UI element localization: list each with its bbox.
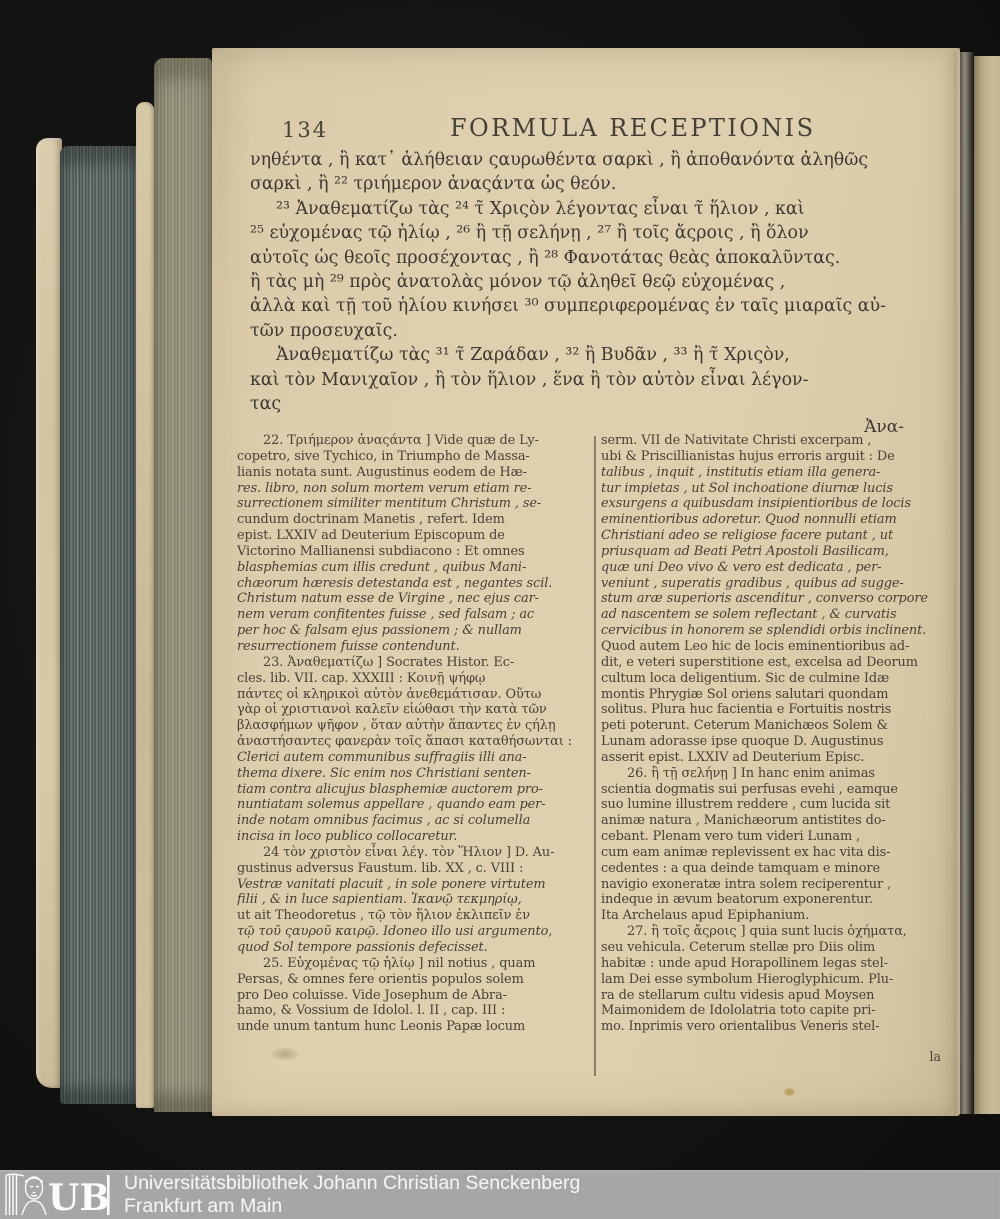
book-fore-edge-pages-dark: [60, 146, 136, 1104]
footnote-line: Vestræ vanitati placuit , in sole ponere…: [237, 877, 592, 893]
footnote-line: eminentioribus adoretur. Quod nonnulli e…: [601, 512, 954, 528]
page-gutter-highlight: [954, 52, 974, 1114]
book-fore-edge-pages-olive: [154, 58, 212, 1112]
footnote-line: filii , & in luce sapientiam. Ἱκανῷ τεκμ…: [237, 892, 592, 908]
book-fore-edge-separator: [136, 102, 154, 1108]
footnote-line: γὰρ οἱ χριστιανοὶ καλεῖν εἰώθασι τὴν κατ…: [237, 702, 592, 718]
library-name: Universitätsbibliothek Johann Christian …: [124, 1172, 580, 1217]
footnote-line: cultum loca deligentium. Sic de culmine …: [601, 671, 954, 687]
footnote-line: Christum natum esse de Virgine , nec eju…: [237, 591, 592, 607]
footnotes-section: 22. Τριήμερον ἀναςάντα ] Vide quæ de Ly-…: [212, 433, 960, 1093]
footnote-line: lam Dei esse symbolum Hieroglyphicum. Pl…: [601, 972, 954, 988]
footnote-line: tur impietas , ut Sol inchoatione diurnæ…: [601, 481, 954, 497]
footnote-line: inde notam omnibus facimus , ac si colum…: [237, 813, 592, 829]
footnote-line: 24 τὸν χριστὸν εἶναι λέγ. τὸν Ἥλιον ] D.…: [237, 845, 592, 861]
footnote-line: peti poterunt. Ceterum Manichæos Solem &: [601, 718, 954, 734]
footnote-line: incisa in loco publico collocaretur.: [237, 829, 592, 845]
footnote-line: cedentes : a qua deinde tamquam e minore: [601, 861, 954, 877]
library-logo-icon: UB: [4, 1172, 116, 1217]
footnote-line: mo. Inprimis vero orientalibus Veneris s…: [601, 1019, 954, 1035]
facing-page-sliver: [974, 56, 1000, 1114]
greek-text-line: Ἀναθεματίζω τὰς ³¹ τ̃ Ζαράδαν , ³² ἢ Βυδ…: [250, 343, 922, 367]
footnote-line: solitus. Plura huc facientia e Fortuitis…: [601, 702, 954, 718]
footnote-line: chæorum hæresis detestanda est , negante…: [237, 576, 592, 592]
footnote-line: priusquam ad Beati Petri Apostoli Basili…: [601, 544, 954, 560]
footnote-line: montis Phrygiæ Sol oriens salutari quond…: [601, 687, 954, 703]
greek-text-line: σαρκὶ , ἢ ²² τριήμερον ἀναςάντα ὡς θεόν.: [250, 172, 922, 196]
footnote-line: nuntiatam solemus appellare , quando eam…: [237, 797, 592, 813]
footnote-line: 26. ἢ τῇ σελήνῃ ] In hanc enim animas: [601, 766, 954, 782]
footnote-line: veniunt , superatis gradibus , quibus ad…: [601, 576, 954, 592]
footnote-line: dit, e veteri superstitione est, excelsa…: [601, 655, 954, 671]
footnote-line: animæ natura , Manichæorum antistites do…: [601, 813, 954, 829]
footnote-line: pro Deo coluisse. Vide Josephum de Abra-: [237, 988, 592, 1004]
footnote-line: hamo, & Vossium de Idolol. l. II , cap. …: [237, 1003, 592, 1019]
footnote-line: seu vehicula. Ceterum stellæ pro Diis ol…: [601, 940, 954, 956]
footnotes-left-column: 22. Τριήμερον ἀναςάντα ] Vide quæ de Ly-…: [237, 433, 592, 1035]
scanned-book-page: 134 FORMULA RECEPTIONIS νηθέντα , ἢ κατ᾽…: [212, 48, 960, 1116]
greek-text-block: νηθέντα , ἢ κατ᾽ ἀλήθειαν ςαυρωθέντα σαρ…: [250, 148, 922, 416]
greek-text-line: τας: [250, 392, 922, 416]
footnote-line: navigio exoneratæ intra solem reciperent…: [601, 877, 954, 893]
footnote-line: βλασφήμων ψῆφον , ὅταν αὐτὴν ἅπαντες ἐν …: [237, 718, 592, 734]
footnote-line: ἀναστήσαντες φανερὰν τοῖς ἅπασι καταθήσω…: [237, 734, 592, 750]
footnote-line: cles. lib. VII. cap. XXXIII : Κοινῇ ψήφῳ: [237, 671, 592, 687]
footnote-line: 22. Τριήμερον ἀναςάντα ] Vide quæ de Ly-: [237, 433, 592, 449]
greek-text-line: τῶν προσευχαῖς.: [250, 319, 922, 343]
footnote-line: ra de stellarum cultu videsis apud Moyse…: [601, 988, 954, 1004]
footnote-line: 27. ἢ τοῖς ἄςροις ] quia sunt lucis ὀχήμ…: [601, 924, 954, 940]
logo-abbr-text: UB: [48, 1177, 110, 1217]
footnote-line: quod Sol tempore passionis defecisset.: [237, 940, 592, 956]
footnote-line: cebant. Plenam vero tum videri Lunam ,: [601, 829, 954, 845]
footnote-line: cum eam animæ replevissent ex hac vita d…: [601, 845, 954, 861]
greek-text-line: ²⁵ εὐχομένας τῷ ἡλίῳ , ²⁶ ἢ τῇ σελήνῃ , …: [250, 221, 922, 245]
footnote-line: stum aræ superioris ascenditur , convers…: [601, 591, 954, 607]
footnote-line: πάντες οἱ κληρικοὶ αὐτὸν ἀνεθεμάτισαν. Ο…: [237, 687, 592, 703]
library-banner: UB Universitätsbibliothek Johann Christi…: [0, 1170, 1000, 1219]
column-divider-rule: [594, 436, 596, 1076]
footnote-line: Clerici autem communibus suffragiis illi…: [237, 750, 592, 766]
footnote-line: cundum doctrinam Manetis , refert. Idem: [237, 512, 592, 528]
footnote-line: τῷ τοῦ ςαυροῦ καιρῷ. Idoneo illo usi arg…: [237, 924, 592, 940]
footnote-line: Lunam adorasse ipse quoque D. Augustinus: [601, 734, 954, 750]
library-name-line2: Frankfurt am Main: [124, 1195, 580, 1218]
greek-text-line: ἀλλὰ καὶ τῇ τοῦ ἡλίου κινήσει ³⁰ συμπερι…: [250, 294, 922, 318]
footnote-line: Christiani adeo se religiose facere puta…: [601, 528, 954, 544]
footnote-line: ut ait Theodoretus , τῷ τὸν ἥλιον ἐκλιπε…: [237, 908, 592, 924]
footnote-line: cervicibus in honorem se splendidi orbis…: [601, 623, 954, 639]
footnote-line: tiam contra alicujus blasphemiæ auctorem…: [237, 782, 592, 798]
book-cover-edge: [36, 138, 62, 1088]
footnote-line: exsurgens a quibusdam insipientioribus d…: [601, 496, 954, 512]
footnote-line: scientia dogmatis sui perfusas evehi , e…: [601, 782, 954, 798]
footnote-line: Ita Archelaus apud Epiphanium.: [601, 908, 954, 924]
footnote-line: lianis notata sunt. Augustinus eodem de …: [237, 465, 592, 481]
greek-text-line: νηθέντα , ἢ κατ᾽ ἀλήθειαν ςαυρωθέντα σαρ…: [250, 148, 922, 172]
footnote-line: habitæ : unde apud Horapollinem legas st…: [601, 956, 954, 972]
footnote-catchword: la: [601, 1050, 941, 1066]
footnote-line: Maimonidem de Idololatria toto capite pr…: [601, 1003, 954, 1019]
footnote-line: Victorino Mallianensi subdiacono : Et om…: [237, 544, 592, 560]
footnote-line: 25. Εὐχομένας τῷ ἡλίῳ ] nil notius , qua…: [237, 956, 592, 972]
greek-text-line: ²³ Ἀναθεματίζω τὰς ²⁴ τ̃ Χριςὸν λέγοντας…: [250, 197, 922, 221]
footnote-line: ubi & Priscillianistas hujus erroris arg…: [601, 449, 954, 465]
running-title: FORMULA RECEPTIONIS: [450, 114, 815, 142]
footnote-line: blasphemias cum illis credunt , quibus M…: [237, 560, 592, 576]
footnote-line: suo lumine illustrem reddere , cum lucid…: [601, 797, 954, 813]
footnotes-right-column: serm. VII de Nativitate Christi excerpam…: [601, 433, 954, 1035]
greek-text-line: αὐτοῖς ὡς θεοῖς προσέχοντας , ἢ ²⁸ Φανοτ…: [250, 246, 922, 270]
footnote-line: epist. LXXIV ad Deuterium Episcopum de: [237, 528, 592, 544]
greek-text-line: ἢ τὰς μὴ ²⁹ πρὸς ἀνατολὰς μόνον τῷ ἀληθε…: [250, 270, 922, 294]
greek-text-line: καὶ τὸν Μανιχαῖον , ἢ τὸν ἥλιον , ἕνα ἢ …: [250, 368, 922, 392]
footnote-line: nem veram confitentes fuisse , sed falsa…: [237, 607, 592, 623]
footnote-line: ad nascentem se solem reflectant , & cur…: [601, 607, 954, 623]
footnote-line: per hoc & falsam ejus passionem ; & null…: [237, 623, 592, 639]
footnote-line: Persas, & omnes fere orientis populos so…: [237, 972, 592, 988]
footnote-line: resurrectionem fuisse contendunt.: [237, 639, 592, 655]
footnote-line: copetro, sive Tychico, in Triumpho de Ma…: [237, 449, 592, 465]
footnote-line: serm. VII de Nativitate Christi excerpam…: [601, 433, 954, 449]
footnote-line: Quod autem Leo hic de locis eminentiorib…: [601, 639, 954, 655]
footnote-line: thema dixere. Sic enim nos Christiani se…: [237, 766, 592, 782]
footnote-line: quæ uni Deo vivo & vero est dedicata , p…: [601, 560, 954, 576]
page-stain: [784, 1088, 795, 1096]
footnote-line: surrectionem similiter mentitum Christum…: [237, 496, 592, 512]
footnote-line: res. libro, non solum mortem verum etiam…: [237, 481, 592, 497]
page-number: 134: [282, 118, 328, 142]
footnote-line: 23. Ἀναθεματίζω ] Socrates Histor. Ec-: [237, 655, 592, 671]
library-name-line1: Universitätsbibliothek Johann Christian …: [124, 1172, 580, 1195]
footnote-line: asserit epist. LXXIV ad Deuterium Episc.: [601, 750, 954, 766]
footnote-line: indeque in ævum beatorum exponerentur.: [601, 892, 954, 908]
footnote-line: gustinus adversus Faustum. lib. XX , c. …: [237, 861, 592, 877]
footnote-line: talibus , inquit , institutis etiam illa…: [601, 465, 954, 481]
footnote-line: unde unum tantum hunc Leonis Papæ locum: [237, 1019, 592, 1035]
page-shadow-smudge: [272, 1048, 298, 1060]
